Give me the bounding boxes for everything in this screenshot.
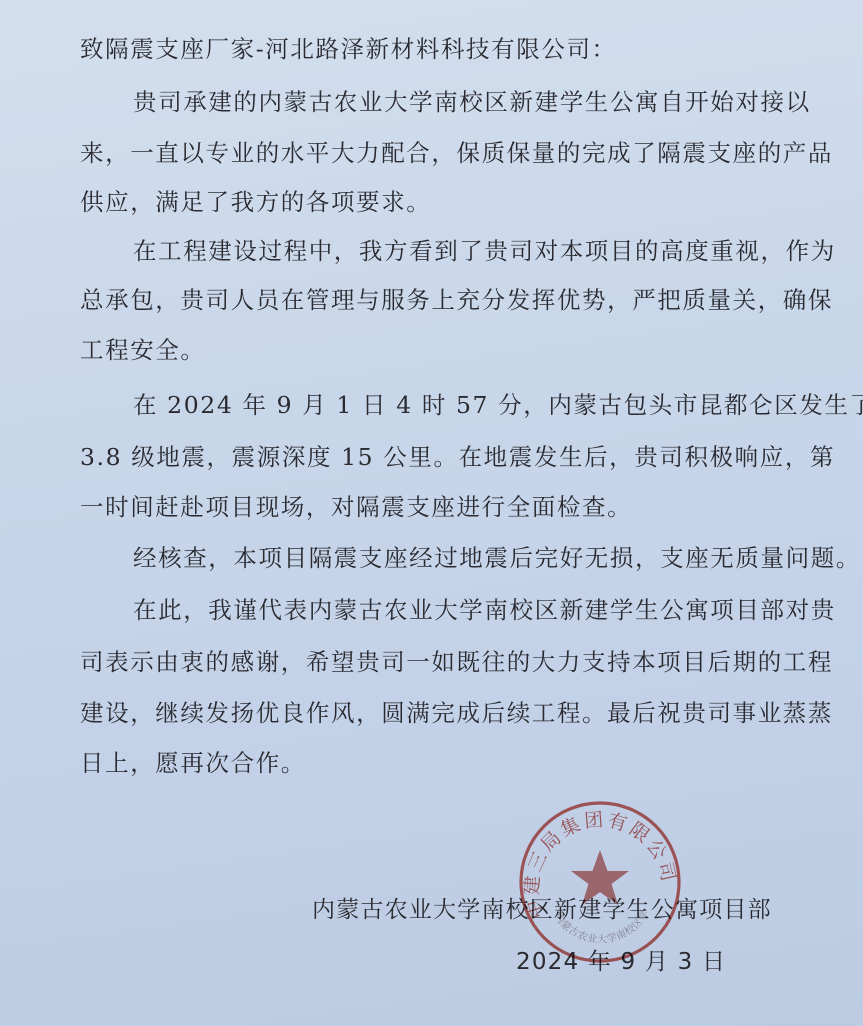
letter-page: 致隔震支座厂家-河北路泽新材料科技有限公司： 贵司承建的内蒙古农业大学南校区新建… bbox=[0, 0, 863, 1026]
body-line: 供应，满足了我方的各项要求。 bbox=[80, 187, 431, 217]
body-line: 建设，继续发扬优良作风，圆满完成后续工程。最后祝贵司事业蒸蒸 bbox=[80, 698, 833, 728]
body-line: 一时间赶赴项目现场，对隔震支座进行全面检查。 bbox=[80, 492, 632, 522]
signature-organization: 内蒙古农业大学南校区新建学生公寓项目部 bbox=[312, 895, 772, 925]
seal-graphic: 中建三局集团有限公司 内蒙古农业大学南校区学生公寓项目工程总承包部 bbox=[516, 798, 684, 966]
seal-ring bbox=[521, 803, 679, 961]
body-line: 3.8 级地震，震源深度 15 公里。在地震发生后，贵司积极响应，第 bbox=[80, 442, 835, 472]
salutation: 致隔震支座厂家-河北路泽新材料科技有限公司： bbox=[80, 34, 617, 64]
body-line: 在工程建设过程中，我方看到了贵司对本项目的高度重视，作为 bbox=[133, 236, 836, 266]
body-line: 司表示由衷的感谢，希望贵司一如既往的大力支持本项目后期的工程 bbox=[80, 647, 833, 677]
body-line: 在 2024 年 9 月 1 日 4 时 57 分，内蒙古包头市昆都仑区发生了 bbox=[133, 390, 863, 420]
body-line: 贵司承建的内蒙古农业大学南校区新建学生公寓自开始对接以 bbox=[133, 87, 811, 117]
body-line: 经核查，本项目隔震支座经过地震后完好无损，支座无质量问题。 bbox=[133, 543, 861, 573]
body-line: 日上，愿再次合作。 bbox=[80, 748, 306, 778]
body-line: 总承包，贵司人员在管理与服务上充分发挥优势，严把质量关，确保 bbox=[80, 285, 833, 315]
body-line: 来，一直以专业的水平大力配合，保质保量的完成了隔震支座的产品 bbox=[80, 138, 833, 168]
body-line: 在此，我谨代表内蒙古农业大学南校区新建学生公寓项目部对贵 bbox=[133, 595, 836, 625]
signature-date: 2024 年 9 月 3 日 bbox=[516, 947, 726, 977]
body-line: 工程安全。 bbox=[80, 335, 206, 365]
official-seal: 中建三局集团有限公司 内蒙古农业大学南校区学生公寓项目工程总承包部 bbox=[516, 798, 684, 966]
